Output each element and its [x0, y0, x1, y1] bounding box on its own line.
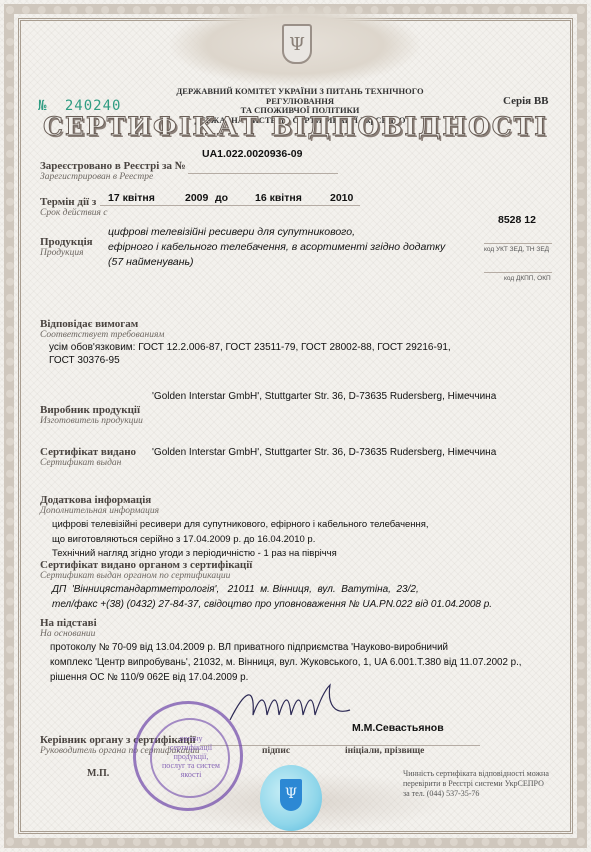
code-label-ukt-zed: код УКТ ЗЕД, ТН ЗЕД — [484, 246, 549, 253]
product-description: цифрові телевізійні ресивери для супутни… — [108, 225, 445, 270]
product-label-ru: Продукция — [40, 248, 84, 258]
trident-hologram-icon: Ψ — [280, 779, 302, 811]
manufacturer-value: 'Golden Interstar GmbH', Stuttgarter Str… — [152, 391, 496, 402]
stamp-text: органу сертифікації продукції, послуг та… — [161, 734, 221, 779]
product-label: Продукція — [40, 236, 93, 248]
basis-label: На підставі — [40, 617, 97, 629]
issuing-body-line-2: тел/факс +(38) (0432) 27-84-37, свідоцтв… — [52, 597, 492, 612]
product-line-2: ефірного і кабельного телебачення, в асо… — [108, 240, 445, 255]
requirements-line-2: ГОСТ 30376-95 — [49, 354, 451, 367]
signature-caption: підпис — [262, 746, 290, 756]
header-line-1: ДЕРЖАВНИЙ КОМІТЕТ УКРАЇНИ З ПИТАНЬ ТЕХНІ… — [150, 87, 450, 106]
signature-icon — [225, 680, 355, 730]
code-underline-1 — [484, 243, 552, 244]
issued-to-label: Сертифікат видано — [40, 446, 136, 458]
check-line-2: перевірити в Реєстрі системи УкрСЕПРО — [403, 779, 553, 789]
issuing-body-label: Сертифікат видано органом з сертифікації — [40, 559, 252, 571]
manufacturer-label-ru: Изготовитель продукции — [40, 416, 143, 426]
requirements-label-ru: Соответствует требованиям — [40, 330, 164, 340]
valid-from-year: 2009 — [185, 192, 208, 204]
issued-to-label-ru: Сертификат выдан — [40, 458, 121, 468]
valid-to-word: до — [215, 192, 228, 204]
requirements-standards: усім обов'язковим: ГОСТ 12.2.006-87, ГОС… — [49, 341, 451, 367]
additional-info-label: Додаткова інформація — [40, 494, 151, 506]
registry-number: UA1.022.0020936-09 — [202, 148, 302, 160]
trident-emblem-icon: Ψ — [282, 24, 312, 64]
check-line-1: Чинність сертифіката відповідності можна — [403, 769, 553, 779]
official-seal-stamp: органу сертифікації продукції, послуг та… — [133, 701, 243, 811]
registry-label-ru: Зарегистрирован в Реестре — [40, 172, 153, 182]
validity-label-ru: Срок действия с — [40, 208, 108, 218]
additional-line-2: що виготовляються серійно з 17.04.2009 р… — [52, 533, 429, 548]
basis-line-2: комплекс 'Центр випробувань', 21032, м. … — [50, 655, 522, 670]
additional-info-label-ru: Дополнительная информация — [40, 506, 159, 516]
basis-text: протоколу № 70-09 від 13.04.2009 р. ВЛ п… — [50, 640, 522, 685]
product-code-value: 8528 12 — [498, 214, 536, 226]
seal-place-label: М.П. — [87, 768, 109, 779]
code-underline-2 — [484, 272, 552, 273]
validity-underline — [100, 205, 360, 206]
issuing-body-line-1: ДП 'Вінницястандартметрологія', 21011 м.… — [52, 582, 492, 597]
product-line-1: цифрові телевізійні ресивери для супутни… — [108, 225, 445, 240]
registry-check-note: Чинність сертифіката відповідності можна… — [403, 769, 553, 799]
issued-to-value: 'Golden Interstar GmbH', Stuttgarter Str… — [152, 447, 496, 458]
valid-to-year: 2010 — [330, 192, 353, 204]
manufacturer-label: Виробник продукції — [40, 404, 140, 416]
issuing-body-label-ru: Сертификат выдан органом по сертификации — [40, 571, 230, 581]
additional-line-1: цифрові телевізійні ресивери для супутни… — [52, 518, 429, 533]
name-caption: ініціали, прізвище — [345, 746, 424, 756]
registry-underline — [188, 173, 338, 174]
valid-to-day: 16 квітня — [255, 192, 302, 204]
requirements-line-1: усім обов'язковим: ГОСТ 12.2.006-87, ГОС… — [49, 341, 451, 354]
basis-line-1: протоколу № 70-09 від 13.04.2009 р. ВЛ п… — [50, 640, 522, 655]
hologram-seal: Ψ — [260, 765, 322, 831]
validity-label: Термін дії з — [40, 196, 96, 208]
code-label-dkpp: код ДКПП, ОКП — [504, 275, 551, 282]
check-line-3: за тел. (044) 537-35-76 — [403, 789, 553, 799]
basis-label-ru: На основании — [40, 629, 95, 639]
certificate-title: СЕРТИФІКАТ ВІДПОВІДНОСТІ — [30, 112, 561, 141]
product-line-3: (57 найменувань) — [108, 255, 445, 270]
issuing-body-text: ДП 'Вінницястандартметрологія', 21011 м.… — [52, 582, 492, 612]
series-label: Серія ВВ — [503, 95, 549, 107]
registry-label: Зареєстровано в Реєстрі за № — [40, 160, 186, 172]
additional-info-text: цифрові телевізійні ресивери для супутни… — [52, 518, 429, 562]
valid-from-day: 17 квітня — [108, 192, 155, 204]
signatory-name: М.М.Севастьянов — [352, 722, 444, 734]
requirements-label: Відповідає вимогам — [40, 318, 138, 330]
